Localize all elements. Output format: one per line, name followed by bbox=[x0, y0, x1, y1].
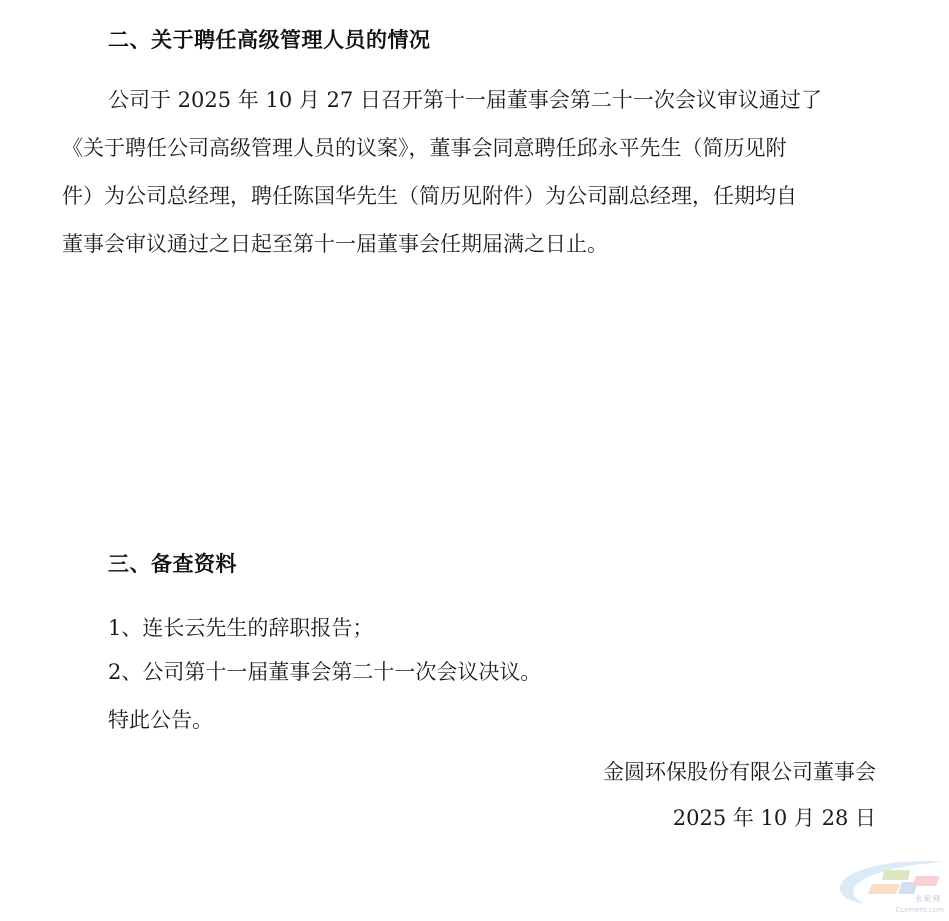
closing-statement: 特此公告。 bbox=[108, 704, 213, 734]
paragraph-line: 董事会审议通过之日起至第十一届董事会任期届满之日止。 bbox=[62, 220, 882, 268]
watermark-logo: 水泥网 Ccement.com bbox=[836, 856, 948, 918]
paragraph-line: 件）为公司总经理，聘任陈国华先生（简历见附件）为公司副总经理，任期均自 bbox=[62, 172, 882, 220]
appointment-paragraph: 公司于 2025 年 10 月 27 日召开第十一届董事会第二十一次会议审议通过… bbox=[62, 76, 882, 268]
document-page: 二、关于聘任高级管理人员的情况 公司于 2025 年 10 月 27 日召开第十… bbox=[0, 0, 949, 921]
section-heading-reference-documents: 三、备查资料 bbox=[108, 548, 237, 578]
reference-item: 2、公司第十一届董事会第二十一次会议决议。 bbox=[108, 656, 541, 686]
paragraph-line: 《关于聘任公司高级管理人员的议案》，董事会同意聘任邱永平先生（简历见附 bbox=[62, 124, 882, 172]
watermark-text: 水泥网 bbox=[915, 894, 942, 904]
reference-item: 1、连长云先生的辞职报告； bbox=[108, 612, 373, 642]
section-heading-appointment: 二、关于聘任高级管理人员的情况 bbox=[108, 24, 431, 54]
signature-organization: 金圆环保股份有限公司董事会 bbox=[603, 756, 876, 786]
signature-date: 2025 年 10 月 28 日 bbox=[673, 802, 876, 832]
paragraph-line: 公司于 2025 年 10 月 27 日召开第十一届董事会第二十一次会议审议通过… bbox=[62, 76, 882, 124]
watermark-url: Ccement.com bbox=[895, 906, 944, 914]
